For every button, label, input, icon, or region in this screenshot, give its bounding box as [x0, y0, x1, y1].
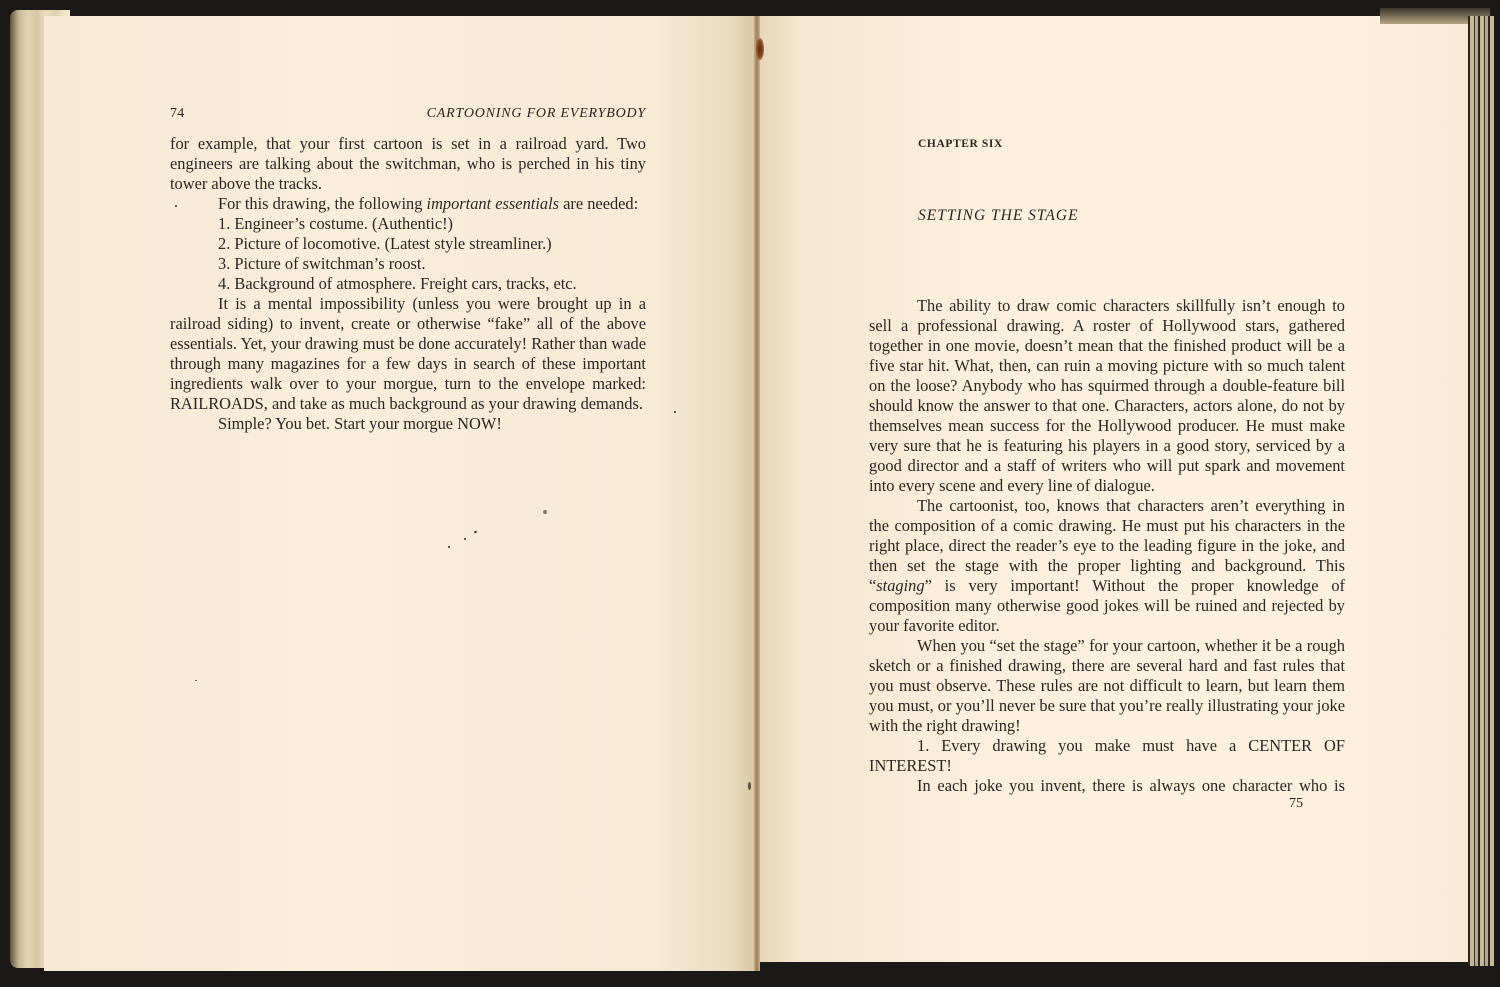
left-page-content: 74 CARTOONING FOR EVERYBODY for example,…	[170, 104, 646, 434]
paragraph: 1. Every drawing you make must have a CE…	[869, 736, 1345, 776]
page-number-right: 75	[1289, 796, 1303, 812]
text-run: ” is very important! Without the proper …	[869, 576, 1345, 635]
paragraph: Simple? You bet. Start your morgue NOW!	[170, 414, 646, 434]
text-run: For this drawing, the following	[218, 194, 427, 213]
list-item: 2. Picture of locomotive. (Latest style …	[170, 234, 646, 254]
right-page-content: The ability to draw comic characters ski…	[869, 296, 1345, 796]
list-item: 4. Background of atmosphere. Freight car…	[170, 274, 646, 294]
running-head: 74 CARTOONING FOR EVERYBODY	[170, 104, 646, 124]
paragraph: In each joke you invent, there is always…	[869, 776, 1345, 796]
emphasis-text: important essentials	[427, 194, 560, 213]
right-page-edges	[1468, 16, 1494, 966]
paper-speck	[464, 538, 466, 540]
list-item: 1. Engineer’s costume. (Authentic!)	[170, 214, 646, 234]
chapter-title: SETTING THE STAGE	[918, 207, 1079, 225]
open-book: 74 CARTOONING FOR EVERYBODY for example,…	[0, 0, 1500, 987]
paper-speck	[748, 782, 751, 790]
paragraph: The cartoonist, too, knows that characte…	[869, 496, 1345, 636]
emphasis-text: staging	[876, 576, 924, 595]
text-run: are needed:	[559, 194, 638, 213]
paragraph: It is a mental impossibility (unless you…	[170, 294, 646, 414]
paper-speck	[448, 546, 450, 548]
gutter-stain	[756, 38, 764, 60]
list-item: 3. Picture of switchman’s roost.	[170, 254, 646, 274]
paragraph: for example, that your first cartoon is …	[170, 134, 646, 194]
book-gutter	[754, 16, 760, 971]
chapter-label: CHAPTER SIX	[918, 138, 1003, 150]
paper-speck	[543, 510, 547, 514]
paper-speck	[195, 680, 197, 681]
paragraph: For this drawing, the following importan…	[170, 194, 646, 214]
paper-speck	[674, 411, 676, 413]
running-head-title: CARTOONING FOR EVERYBODY	[427, 104, 646, 124]
paragraph: The ability to draw comic characters ski…	[869, 296, 1345, 496]
paragraph: When you “set the stage” for your cartoo…	[869, 636, 1345, 736]
page-number-left: 74	[170, 104, 185, 124]
